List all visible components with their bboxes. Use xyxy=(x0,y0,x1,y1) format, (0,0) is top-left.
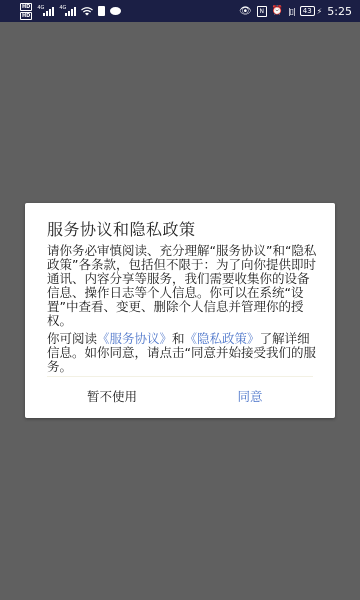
signal-4g-icon: 4G xyxy=(43,7,54,16)
service-agreement-link[interactable]: 《服务协议》 xyxy=(97,331,172,346)
clock: 5:25 xyxy=(327,5,352,18)
privacy-policy-link[interactable]: 《隐私政策》 xyxy=(185,331,260,346)
dialog-title: 服务协议和隐私政策 xyxy=(47,217,196,240)
agree-button[interactable]: 同意 xyxy=(205,387,295,407)
dialog-divider xyxy=(47,376,313,377)
status-bar-left: HD HD 4G 4G xyxy=(20,3,121,20)
chat-icon xyxy=(110,7,121,15)
alarm-icon: ⏰ xyxy=(272,6,283,16)
nfc-icon: N xyxy=(257,6,267,17)
dialog-body: 请你务必审慎阅读、充分理解“服务协议”和“隐私政策”各条款，包括但不限于：为了向… xyxy=(47,244,321,374)
status-bar: HD HD 4G 4G 👁 N ⏰ |▯| 43 ⚡ 5:25 xyxy=(0,0,360,22)
dialog-paragraph-terms: 请你务必审慎阅读、充分理解“服务协议”和“隐私政策”各条款，包括但不限于：为了向… xyxy=(47,244,321,328)
wifi-icon xyxy=(81,7,93,16)
eye-icon: 👁 xyxy=(239,6,252,17)
status-bar-right: 👁 N ⏰ |▯| 43 ⚡ 5:25 xyxy=(239,5,352,18)
hd-icon: HD xyxy=(20,12,32,20)
hd-icons: HD HD xyxy=(20,3,32,20)
privacy-dialog: 服务协议和隐私政策 请你务必审慎阅读、充分理解“服务协议”和“隐私政策”各条款，… xyxy=(25,203,335,418)
signal-4g-icon: 4G xyxy=(65,7,76,16)
read-prefix: 你可阅读 xyxy=(47,331,97,346)
battery-saver-icon xyxy=(98,6,105,16)
vibrate-icon: |▯| xyxy=(288,7,295,16)
decline-button[interactable]: 暂不使用 xyxy=(67,387,157,407)
battery-icon: 43 xyxy=(300,6,315,16)
charging-icon: ⚡ xyxy=(317,7,323,16)
dialog-paragraph-links: 你可阅读《服务协议》和《隐私政策》了解详细信息。如你同意，请点击“同意并始接受我… xyxy=(47,332,321,374)
hd-icon: HD xyxy=(20,3,32,11)
and-text: 和 xyxy=(172,331,185,346)
